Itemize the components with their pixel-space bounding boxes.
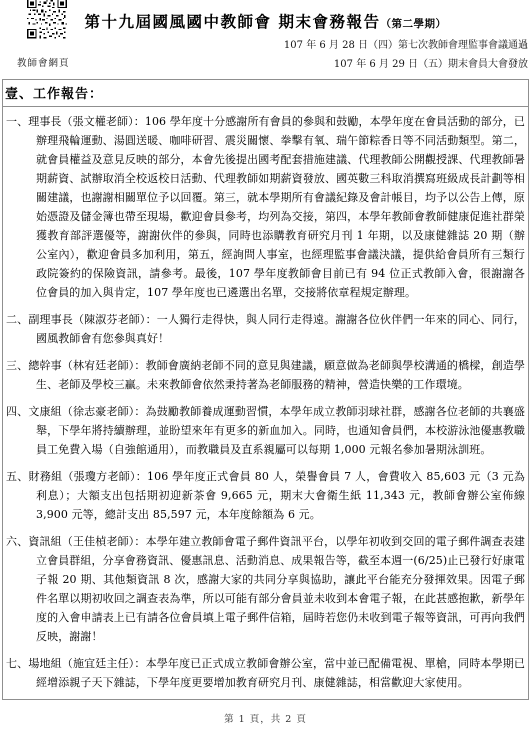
report-frame: 壹、工作報告： 一、理事長（張文權老師）：106 學年度十分感謝所有會員的參與和…	[2, 79, 529, 700]
report-item-information: 六、資訊組（王佳楨老師）：本學年建立教師會電子郵件資訊平台，以學年初收到交回的電…	[6, 532, 525, 646]
approval-dates: 107 年 6 月 28 日（四）第七次教師會理監事會議通過 107 年 6 月…	[284, 36, 528, 74]
report-item-chairman: 一、理事長（張文權老師）：106 學年度十分感謝所有會員的參與和鼓勵，本學年度在…	[6, 112, 525, 302]
title-row: 第十九屆國風國中教師會 期末會務報告（第二學期）	[0, 10, 531, 32]
approval-line-2: 107 年 6 月 29 日（五）期末會員大會發放	[284, 55, 528, 74]
item-text: 場地組（施宜廷主任）：本學年度已正式成立教師會辦公室，當中並已配備電視、單槍，同…	[28, 657, 525, 689]
item-number: 二、	[6, 313, 28, 326]
qr-label: 教師會網頁	[17, 55, 70, 69]
item-text: 總幹事（林宥廷老師）：教師會廣納老師不同的意見與建議，願意做為老師與學校溝通的橋…	[28, 359, 525, 391]
approval-line-1: 107 年 6 月 28 日（四）第七次教師會理監事會議通過	[284, 36, 528, 55]
doc-title: 第十九屆國風國中教師會 期末會務報告	[85, 12, 381, 31]
item-number: 一、	[6, 115, 28, 128]
item-number: 六、	[6, 535, 28, 548]
section-heading: 壹、工作報告：	[3, 80, 528, 107]
item-text: 資訊組（王佳楨老師）：本學年建立教師會電子郵件資訊平台，以學年初收到交回的電子郵…	[28, 535, 525, 643]
document-page: 教師會網頁 第十九屆國風國中教師會 期末會務報告（第二學期） 107 年 6 月…	[0, 0, 531, 739]
report-item-finance: 五、財務組（張瓊方老師）：106 學年度正式會員 80 人，榮譽會員 7 人，會…	[6, 467, 525, 524]
item-number: 三、	[6, 359, 28, 372]
report-items: 一、理事長（張文權老師）：106 學年度十分感謝所有會員的參與和鼓勵，本學年度在…	[3, 107, 528, 692]
item-text: 副理事長（陳淑芬老師）：一人獨行走得快，與人同行走得遠。謝謝各位伙伴們一年來的同…	[28, 313, 525, 345]
item-number: 五、	[6, 470, 29, 483]
doc-title-suffix: （第二學期）	[380, 18, 446, 30]
item-text: 理事長（張文權老師）：106 學年度十分感謝所有會員的參與和鼓勵，本學年度在會員…	[28, 115, 525, 299]
item-number: 七、	[6, 657, 28, 670]
item-text: 文康組（徐志豪老師）：為鼓勵教師養成運動習慣，本學年成立教師羽球社群，感謝各位老…	[28, 405, 525, 456]
item-text: 財務組（張瓊方老師）：106 學年度正式會員 80 人，榮譽會員 7 人，會費收…	[29, 470, 525, 521]
report-item-recreation: 四、文康組（徐志豪老師）：為鼓勵教師養成運動習慣，本學年成立教師羽球社群，感謝各…	[6, 402, 525, 459]
report-item-venue: 七、場地組（施宜廷主任）：本學年度已正式成立教師會辦公室，當中並已配備電視、單槍…	[6, 654, 525, 692]
report-item-secretary-general: 三、總幹事（林宥廷老師）：教師會廣納老師不同的意見與建議，願意做為老師與學校溝通…	[6, 356, 525, 394]
report-item-vice-chairman: 二、副理事長（陳淑芬老師）：一人獨行走得快，與人同行走得遠。謝謝各位伙伴們一年來…	[6, 310, 525, 348]
item-number: 四、	[6, 405, 28, 418]
page-footer: 第 1 頁，共 2 頁	[0, 711, 531, 725]
